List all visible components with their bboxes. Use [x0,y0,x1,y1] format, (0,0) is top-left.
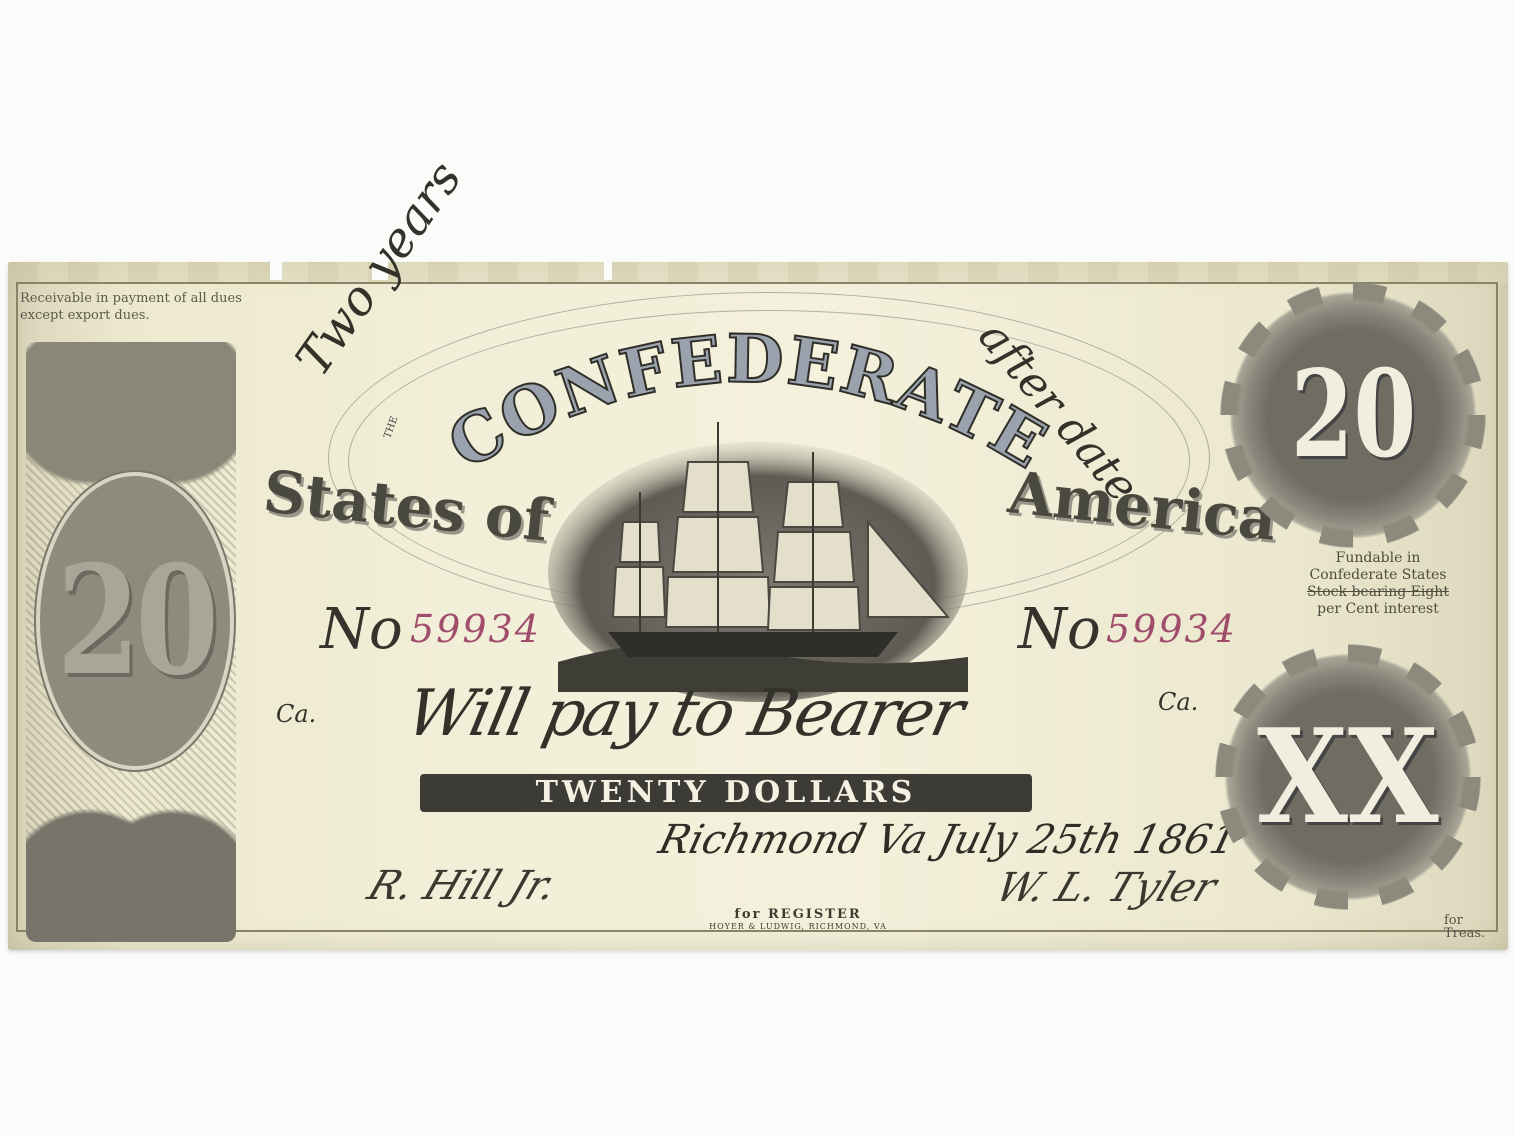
denomination-bottom-right: XX [1257,712,1439,842]
banknote: Receivable in payment of all dues except… [8,262,1508,950]
register-signature: R. Hill Jr. [363,866,563,906]
top-right-rosette: 20 [1228,290,1478,540]
sailing-ship-vignette [538,402,978,702]
fundable-clause: Fundable in Confederate States Stock bea… [1258,550,1498,618]
treasurer-label: for Treas. [1444,914,1508,940]
left-ornamental-panel: 20 [26,342,236,942]
number-prefix-right: No [1018,602,1101,658]
fundable-line: Fundable in [1258,550,1498,567]
torn-edge [270,262,282,280]
fundable-line: Confederate States [1258,567,1498,584]
bottom-right-rosette: XX [1223,652,1473,902]
number-prefix-left: No [320,602,403,658]
plate-letter-left: Ca. [276,702,316,726]
plate-letter-right: Ca. [1158,690,1198,714]
register-label: for REGISTER [658,907,938,922]
fundable-line: per Cent interest [1258,601,1498,618]
place-and-date: Richmond Va July 25th 1861 [655,820,1241,860]
receivable-clause: Receivable in payment of all dues except… [20,290,280,324]
amount-text: TWENTY DOLLARS [536,778,917,808]
amount-banner: TWENTY DOLLARS [420,774,1032,812]
serial-number-right: 59934 [1106,610,1237,648]
register-block: for REGISTER HOYER & LUDWIG, RICHMOND, V… [658,907,938,932]
fundable-line: Stock bearing Eight [1258,584,1498,601]
left-denomination-oval: 20 [36,472,234,770]
denomination-top-right: 20 [1290,355,1415,475]
treasurer-signature: W. L. Tyler [991,868,1222,908]
printer-imprint: HOYER & LUDWIG, RICHMOND, VA [658,922,938,932]
promise-text: Will pay to Bearer [401,682,967,746]
serial-number-left: 59934 [410,610,541,648]
denomination-left: 20 [56,546,213,696]
torn-edge [604,262,612,280]
